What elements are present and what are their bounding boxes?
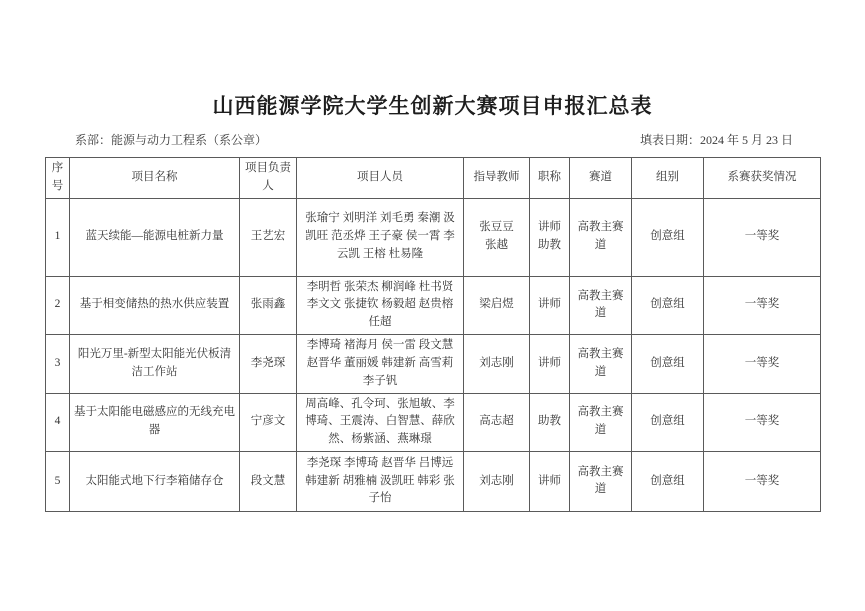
cell-title: 讲师 bbox=[530, 335, 570, 393]
table-row: 4 基于太阳能电磁感应的无线充电器 宁彦文 周高峰、孔令珂、张旭敏、李博琦、王震… bbox=[46, 393, 821, 451]
cell-award: 一等奖 bbox=[704, 335, 821, 393]
cell-award: 一等奖 bbox=[704, 276, 821, 334]
cell-track: 高教主赛道 bbox=[570, 451, 632, 511]
cell-leader: 王艺宏 bbox=[240, 198, 297, 276]
table-row: 3 阳光万里-新型太阳能光伏板清洁工作站 李尧琛 李博琦 褚海月 侯一雷 段文慧… bbox=[46, 335, 821, 393]
cell-track: 高教主赛道 bbox=[570, 335, 632, 393]
cell-title: 讲师 bbox=[530, 451, 570, 511]
header-award: 系赛获奖情况 bbox=[704, 158, 821, 199]
cell-members: 李明哲 张荣杰 柳润峰 杜书贤 李文文 张捷钦 杨毅超 赵贵榕 任超 bbox=[297, 276, 464, 334]
cell-project: 蓝天续能—能源电桩新力量 bbox=[70, 198, 240, 276]
table-row: 2 基于相变储热的热水供应装置 张雨鑫 李明哲 张荣杰 柳润峰 杜书贤 李文文 … bbox=[46, 276, 821, 334]
cell-leader: 宁彦文 bbox=[240, 393, 297, 451]
header-title: 职称 bbox=[530, 158, 570, 199]
cell-advisor: 高志超 bbox=[464, 393, 530, 451]
table-row: 5 太阳能式地下行李箱储存仓 段文慧 李尧琛 李博琦 赵晋华 吕博远 韩建新 胡… bbox=[46, 451, 821, 511]
cell-advisor: 梁启煜 bbox=[464, 276, 530, 334]
cell-advisor: 刘志刚 bbox=[464, 335, 530, 393]
table-header-row: 序号 项目名称 项目负责人 项目人员 指导教师 职称 赛道 组别 系赛获奖情况 bbox=[46, 158, 821, 199]
cell-track: 高教主赛道 bbox=[570, 276, 632, 334]
cell-award: 一等奖 bbox=[704, 451, 821, 511]
header-group: 组别 bbox=[632, 158, 704, 199]
cell-project: 阳光万里-新型太阳能光伏板清洁工作站 bbox=[70, 335, 240, 393]
cell-group: 创意组 bbox=[632, 335, 704, 393]
cell-members: 张瑜宁 刘明洋 刘毛勇 秦潮 汲凯旺 范丞烨 王子豪 侯一霄 李云凯 王榕 杜易… bbox=[297, 198, 464, 276]
cell-project: 太阳能式地下行李箱储存仓 bbox=[70, 451, 240, 511]
cell-title: 助教 bbox=[530, 393, 570, 451]
header-track: 赛道 bbox=[570, 158, 632, 199]
document-title: 山西能源学院大学生创新大赛项目申报汇总表 bbox=[0, 90, 865, 120]
cell-leader: 李尧琛 bbox=[240, 335, 297, 393]
header-members: 项目人员 bbox=[297, 158, 464, 199]
cell-track: 高教主赛道 bbox=[570, 393, 632, 451]
summary-table: 序号 项目名称 项目负责人 项目人员 指导教师 职称 赛道 组别 系赛获奖情况 … bbox=[45, 157, 821, 512]
cell-no: 1 bbox=[46, 198, 70, 276]
cell-group: 创意组 bbox=[632, 393, 704, 451]
table-row: 1 蓝天续能—能源电桩新力量 王艺宏 张瑜宁 刘明洋 刘毛勇 秦潮 汲凯旺 范丞… bbox=[46, 198, 821, 276]
cell-no: 4 bbox=[46, 393, 70, 451]
cell-project: 基于太阳能电磁感应的无线充电器 bbox=[70, 393, 240, 451]
cell-members: 李博琦 褚海月 侯一雷 段文慧 赵晋华 董丽媛 韩建新 高雪莉 李子钒 bbox=[297, 335, 464, 393]
cell-project: 基于相变储热的热水供应装置 bbox=[70, 276, 240, 334]
cell-leader: 张雨鑫 bbox=[240, 276, 297, 334]
header-advisor: 指导教师 bbox=[464, 158, 530, 199]
cell-award: 一等奖 bbox=[704, 198, 821, 276]
cell-group: 创意组 bbox=[632, 276, 704, 334]
cell-advisor: 刘志刚 bbox=[464, 451, 530, 511]
cell-no: 5 bbox=[46, 451, 70, 511]
header-leader: 项目负责人 bbox=[240, 158, 297, 199]
cell-group: 创意组 bbox=[632, 198, 704, 276]
cell-award: 一等奖 bbox=[704, 393, 821, 451]
cell-members: 李尧琛 李博琦 赵晋华 吕博远 韩建新 胡雅楠 汲凯旺 韩彩 张子怡 bbox=[297, 451, 464, 511]
meta-line: 系部：能源与动力工程系（系公章） 填表日期：2024 年 5 月 23 日 bbox=[75, 131, 793, 148]
department-label: 系部：能源与动力工程系（系公章） bbox=[75, 131, 267, 148]
document-page: 山西能源学院大学生创新大赛项目申报汇总表 系部：能源与动力工程系（系公章） 填表… bbox=[0, 0, 865, 611]
cell-title: 讲师 助教 bbox=[530, 198, 570, 276]
header-no: 序号 bbox=[46, 158, 70, 199]
cell-track: 高教主赛道 bbox=[570, 198, 632, 276]
cell-title: 讲师 bbox=[530, 276, 570, 334]
cell-members: 周高峰、孔令珂、张旭敏、李博琦、王震涛、白智慧、薛欣然、杨紫涵、燕琳璟 bbox=[297, 393, 464, 451]
cell-leader: 段文慧 bbox=[240, 451, 297, 511]
cell-no: 3 bbox=[46, 335, 70, 393]
header-project: 项目名称 bbox=[70, 158, 240, 199]
cell-group: 创意组 bbox=[632, 451, 704, 511]
cell-advisor: 张豆豆 张越 bbox=[464, 198, 530, 276]
fill-date-label: 填表日期：2024 年 5 月 23 日 bbox=[640, 131, 793, 148]
cell-no: 2 bbox=[46, 276, 70, 334]
